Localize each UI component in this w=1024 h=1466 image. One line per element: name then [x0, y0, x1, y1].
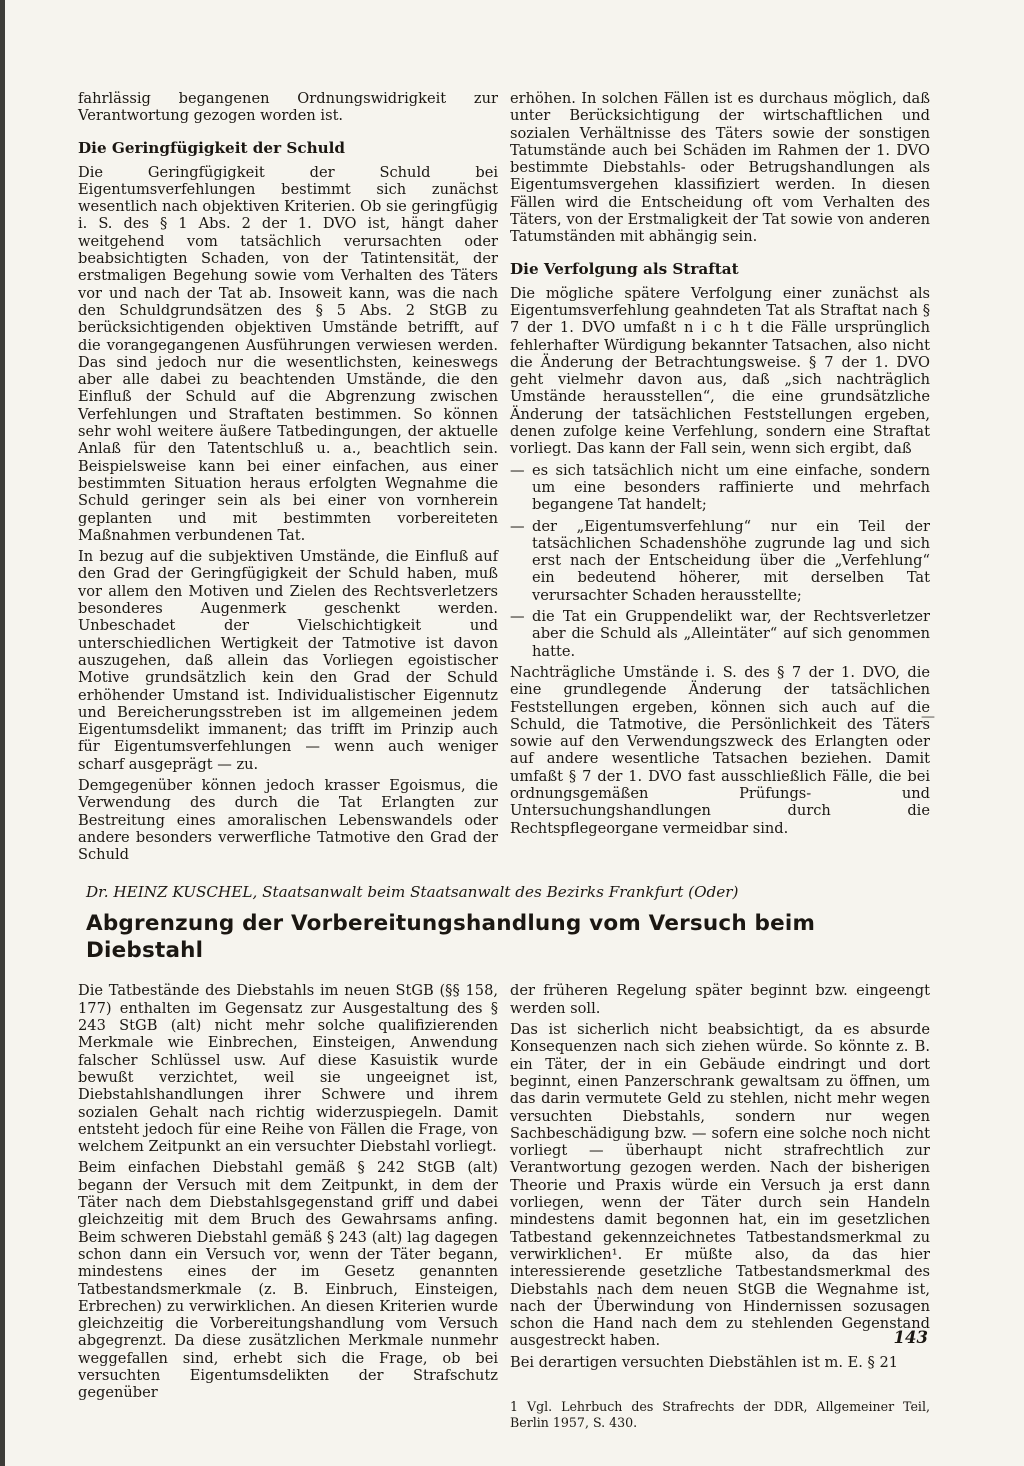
- journal-page: — fahrlässig begangenen Ordnungswidrigke…: [0, 0, 1024, 1466]
- paragraph: In bezug auf die subjektiven Umstände, d…: [78, 548, 498, 773]
- footnote: 1 Vgl. Lehrbuch des Strafrechts der DDR,…: [510, 1399, 930, 1430]
- paragraph: Die Tatbestände des Diebstahls im neuen …: [78, 982, 498, 1155]
- paragraph: Nachträgliche Umstände i. S. des § 7 der…: [510, 664, 930, 837]
- dash-marker: —: [510, 518, 532, 604]
- paragraph: Demgegenüber können jedoch krasser Egois…: [78, 777, 498, 863]
- list-item-text: die Tat ein Gruppendelikt war, der Recht…: [532, 608, 930, 660]
- paragraph: Beim einfachen Diebstahl gemäß § 242 StG…: [78, 1159, 498, 1401]
- paragraph: Das ist sicherlich nicht beabsichtigt, d…: [510, 1021, 930, 1350]
- article-right-column: der früheren Regelung später beginnt bzw…: [510, 982, 930, 1442]
- paragraph: Bei derartigen versuchten Diebstählen is…: [510, 1354, 930, 1371]
- paragraph: Die Geringfügigkeit der Schuld bei Eigen…: [78, 164, 498, 545]
- list-item: — die Tat ein Gruppendelikt war, der Rec…: [510, 608, 930, 660]
- section-heading-verfolgung: Die Verfolgung als Straftat: [510, 260, 930, 278]
- article-body: Die Tatbestände des Diebstahls im neuen …: [78, 982, 930, 1442]
- scan-artifact-dash: —: [921, 709, 935, 725]
- article-left-column: Die Tatbestände des Diebstahls im neuen …: [78, 982, 498, 1442]
- section-heading-geringfuegigkeit: Die Geringfügigkeit der Schuld: [78, 139, 498, 157]
- article-top-right-column: erhöhen. In solchen Fällen ist es durcha…: [510, 90, 930, 867]
- paragraph: erhöhen. In solchen Fällen ist es durcha…: [510, 90, 930, 246]
- paragraph-continuation: fahrlässig begangenen Ordnungswidrigkeit…: [78, 90, 498, 125]
- author-line: Dr. HEINZ KUSCHEL, Staatsanwalt beim Sta…: [86, 883, 930, 902]
- article-title: Abgrenzung der Vorbereitungshandlung vom…: [86, 910, 930, 964]
- list-item-text: der „Eigentumsverfehlung“ nur ein Teil d…: [532, 518, 930, 604]
- paragraph: der früheren Regelung später beginnt bzw…: [510, 982, 930, 1017]
- scan-edge-line: [0, 0, 5, 1466]
- dash-marker: —: [510, 462, 532, 514]
- article-top-left-column: fahrlässig begangenen Ordnungswidrigkeit…: [78, 90, 498, 867]
- list-item: — der „Eigentumsverfehlung“ nur ein Teil…: [510, 518, 930, 604]
- article-header: Dr. HEINZ KUSCHEL, Staatsanwalt beim Sta…: [78, 883, 930, 964]
- paragraph: Die mögliche spätere Verfolgung einer zu…: [510, 285, 930, 458]
- list-item-text: es sich tatsächlich nicht um eine einfac…: [532, 462, 930, 514]
- page-number: 143: [894, 1328, 928, 1347]
- dash-marker: —: [510, 608, 532, 660]
- article-top: fahrlässig begangenen Ordnungswidrigkeit…: [78, 90, 930, 867]
- page-content: fahrlässig begangenen Ordnungswidrigkeit…: [0, 0, 1024, 1443]
- list-item: — es sich tatsächlich nicht um eine einf…: [510, 462, 930, 514]
